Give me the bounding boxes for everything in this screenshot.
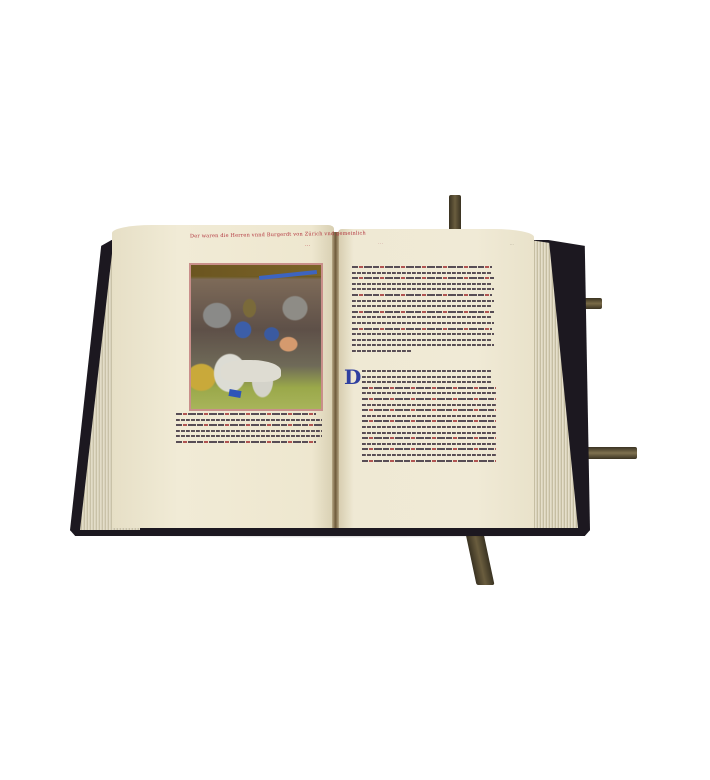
right-page-text-top xyxy=(352,266,496,356)
text-line xyxy=(352,316,492,318)
text-line xyxy=(352,339,492,341)
text-line xyxy=(362,404,496,406)
text-line xyxy=(362,432,496,434)
text-line xyxy=(362,443,496,445)
text-line xyxy=(176,419,322,421)
text-line xyxy=(362,376,492,378)
text-line xyxy=(352,272,492,274)
left-page-text xyxy=(176,413,324,447)
text-line xyxy=(176,424,322,426)
text-line xyxy=(362,381,492,383)
photo-stage: Der waren die Herren vnnd Burgerdt von Z… xyxy=(0,0,710,780)
text-line xyxy=(352,288,494,290)
text-line xyxy=(362,460,496,462)
text-line xyxy=(362,426,496,428)
folio-number: ... xyxy=(510,241,514,246)
text-line xyxy=(362,398,496,400)
text-line xyxy=(176,435,322,437)
text-line xyxy=(352,305,492,307)
text-line xyxy=(176,430,322,432)
text-line xyxy=(362,370,492,372)
text-line xyxy=(352,333,494,335)
text-line xyxy=(352,350,412,352)
text-line xyxy=(362,448,496,450)
right-page-text-bottom xyxy=(362,370,498,465)
text-line xyxy=(362,387,496,389)
book-gutter xyxy=(332,232,339,528)
text-line xyxy=(352,266,492,268)
text-line xyxy=(352,277,494,279)
miniature-blue-flag xyxy=(228,389,241,398)
illuminated-miniature xyxy=(189,263,323,411)
text-line xyxy=(176,413,316,415)
left-page-rubric-heading-cont: ... xyxy=(305,242,310,248)
text-line xyxy=(362,437,496,439)
text-line xyxy=(362,392,496,394)
text-line xyxy=(362,409,496,411)
text-line xyxy=(352,311,494,313)
text-line xyxy=(362,415,496,417)
right-page-running-head: ... xyxy=(378,240,383,246)
text-line xyxy=(352,300,494,302)
text-line xyxy=(352,283,492,285)
text-line xyxy=(362,454,496,456)
miniature-white-horse xyxy=(221,360,281,382)
clasp-strap-bottom xyxy=(465,533,494,585)
text-line xyxy=(352,294,492,296)
text-line xyxy=(362,420,496,422)
text-line xyxy=(352,322,494,324)
illuminated-initial: D xyxy=(344,367,361,387)
text-line xyxy=(352,328,492,330)
text-line xyxy=(352,344,494,346)
text-line xyxy=(176,441,316,443)
